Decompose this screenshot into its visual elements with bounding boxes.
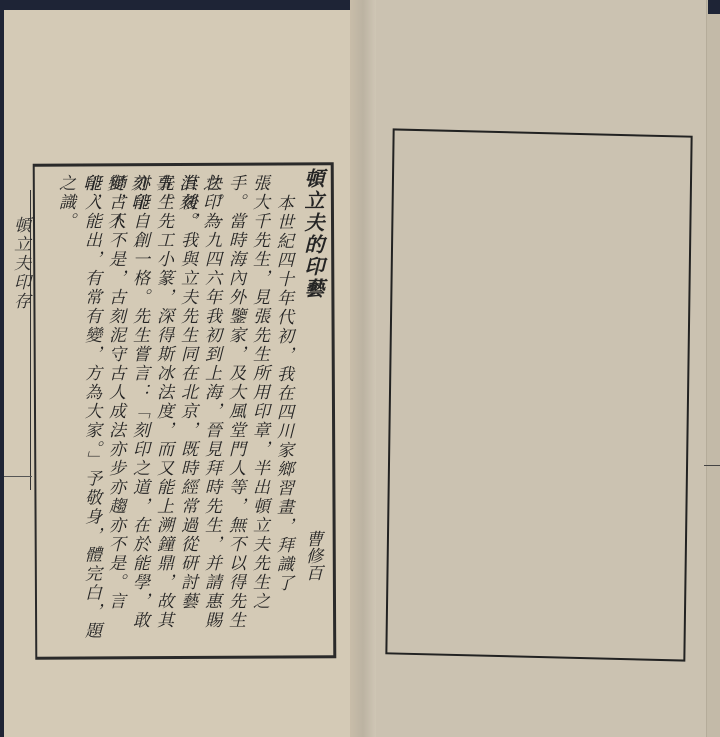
text-column: 先生先工小篆，深得斯冰法度，而又能上溯鐘鼎，故其刻印 [152,168,176,648]
dark-background-corner [708,0,720,14]
margin-book-title: 頓立夫印存 [8,216,33,311]
page-stack-edge [706,0,720,737]
book-spine [350,0,376,737]
text-column: 手。當時海內外鑒家，及大風堂門人等，無不以得先生之印為 [224,168,248,648]
text-column: 本世紀四十年代初，我在四川家鄉習畫，拜識了 [272,168,296,648]
right-margin-tick [704,465,720,466]
text-column: 快。一九四六年我初到上海，晉見拜時先生，并請惠賜治刻。 [200,168,224,648]
text-column: 其後，我與立夫先生同在北京，既時經常過從研討藝事。 [176,168,200,648]
text-column: 張大千先生，見張先生所用印章，半出頓立夫先生之 [248,168,272,648]
text-column: 師古人不是，古刻泥守古人成法亦步亦趨亦不是。言印， [104,168,128,648]
text-column: 能入能出，有常有變，方為大家。」予敬身，體完白，題之識。 [80,168,104,648]
text-column: 亦能自創一格。先生嘗言：「刻印之道，在於能學，敢變，不 [128,168,152,648]
preface-text: 頓立夫的印藝 本世紀四十年代初，我在四川家鄉習畫，拜識了 張大千先生，見張先生所… [42,168,326,648]
preface-signature: 曹修百 [300,530,325,581]
empty-seal-frame [385,128,692,661]
margin-tick [4,476,32,477]
